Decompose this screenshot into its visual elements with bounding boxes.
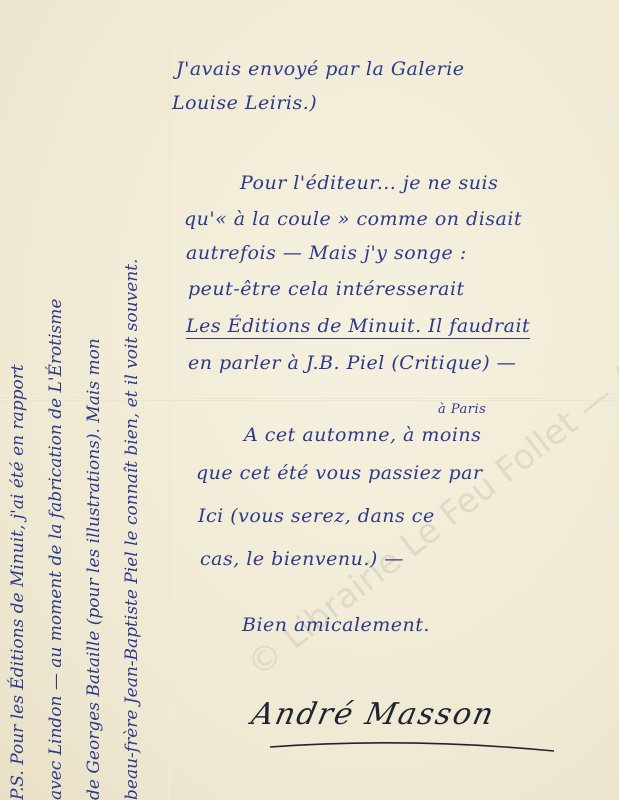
body-line: A cet automne, à moins bbox=[244, 424, 481, 446]
signature-flourish bbox=[268, 735, 558, 755]
postscript-line: de Georges Bataille (pour les illustrati… bbox=[84, 338, 104, 800]
body-line: J'avais envoyé par la Galerie bbox=[176, 58, 465, 80]
body-line: peut-être cela intéresserait bbox=[188, 278, 465, 300]
postscript-margin: P.S. Pour les Éditions de Minuit, j'ai é… bbox=[8, 120, 163, 800]
body-line: cas, le bienvenu.) — bbox=[200, 548, 404, 570]
closing: Bien amicalement. bbox=[242, 614, 430, 636]
body-line: Louise Leiris.) bbox=[172, 92, 317, 114]
postscript-line: beau-frère Jean-Baptiste Piel le connaît… bbox=[122, 259, 142, 800]
body-line: Pour l'éditeur... je ne suis bbox=[240, 172, 498, 194]
insertion-note: à Paris bbox=[438, 402, 486, 417]
letter-page: © Librairie Le Feu Follet — Autographes … bbox=[0, 0, 619, 800]
publisher-name: Les Éditions de Minuit. Il faudrait bbox=[186, 315, 530, 339]
body-line: autrefois — Mais j'y songe : bbox=[186, 242, 467, 264]
paper-fold-vertical bbox=[168, 0, 171, 800]
signature: André Masson bbox=[248, 697, 498, 732]
postscript-line: P.S. Pour les Éditions de Minuit, j'ai é… bbox=[8, 364, 28, 800]
body-line: Les Éditions de Minuit. Il faudrait bbox=[186, 315, 530, 337]
body-line: Ici (vous serez, dans ce bbox=[198, 505, 435, 527]
body-line: en parler à J.B. Piel (Critique) — bbox=[188, 352, 516, 374]
postscript-line: avec Lindon — au moment de la fabricatio… bbox=[46, 299, 66, 800]
body-line: que cet été vous passiez par bbox=[196, 462, 483, 484]
body-line: qu'« à la coule » comme on disait bbox=[184, 208, 522, 230]
